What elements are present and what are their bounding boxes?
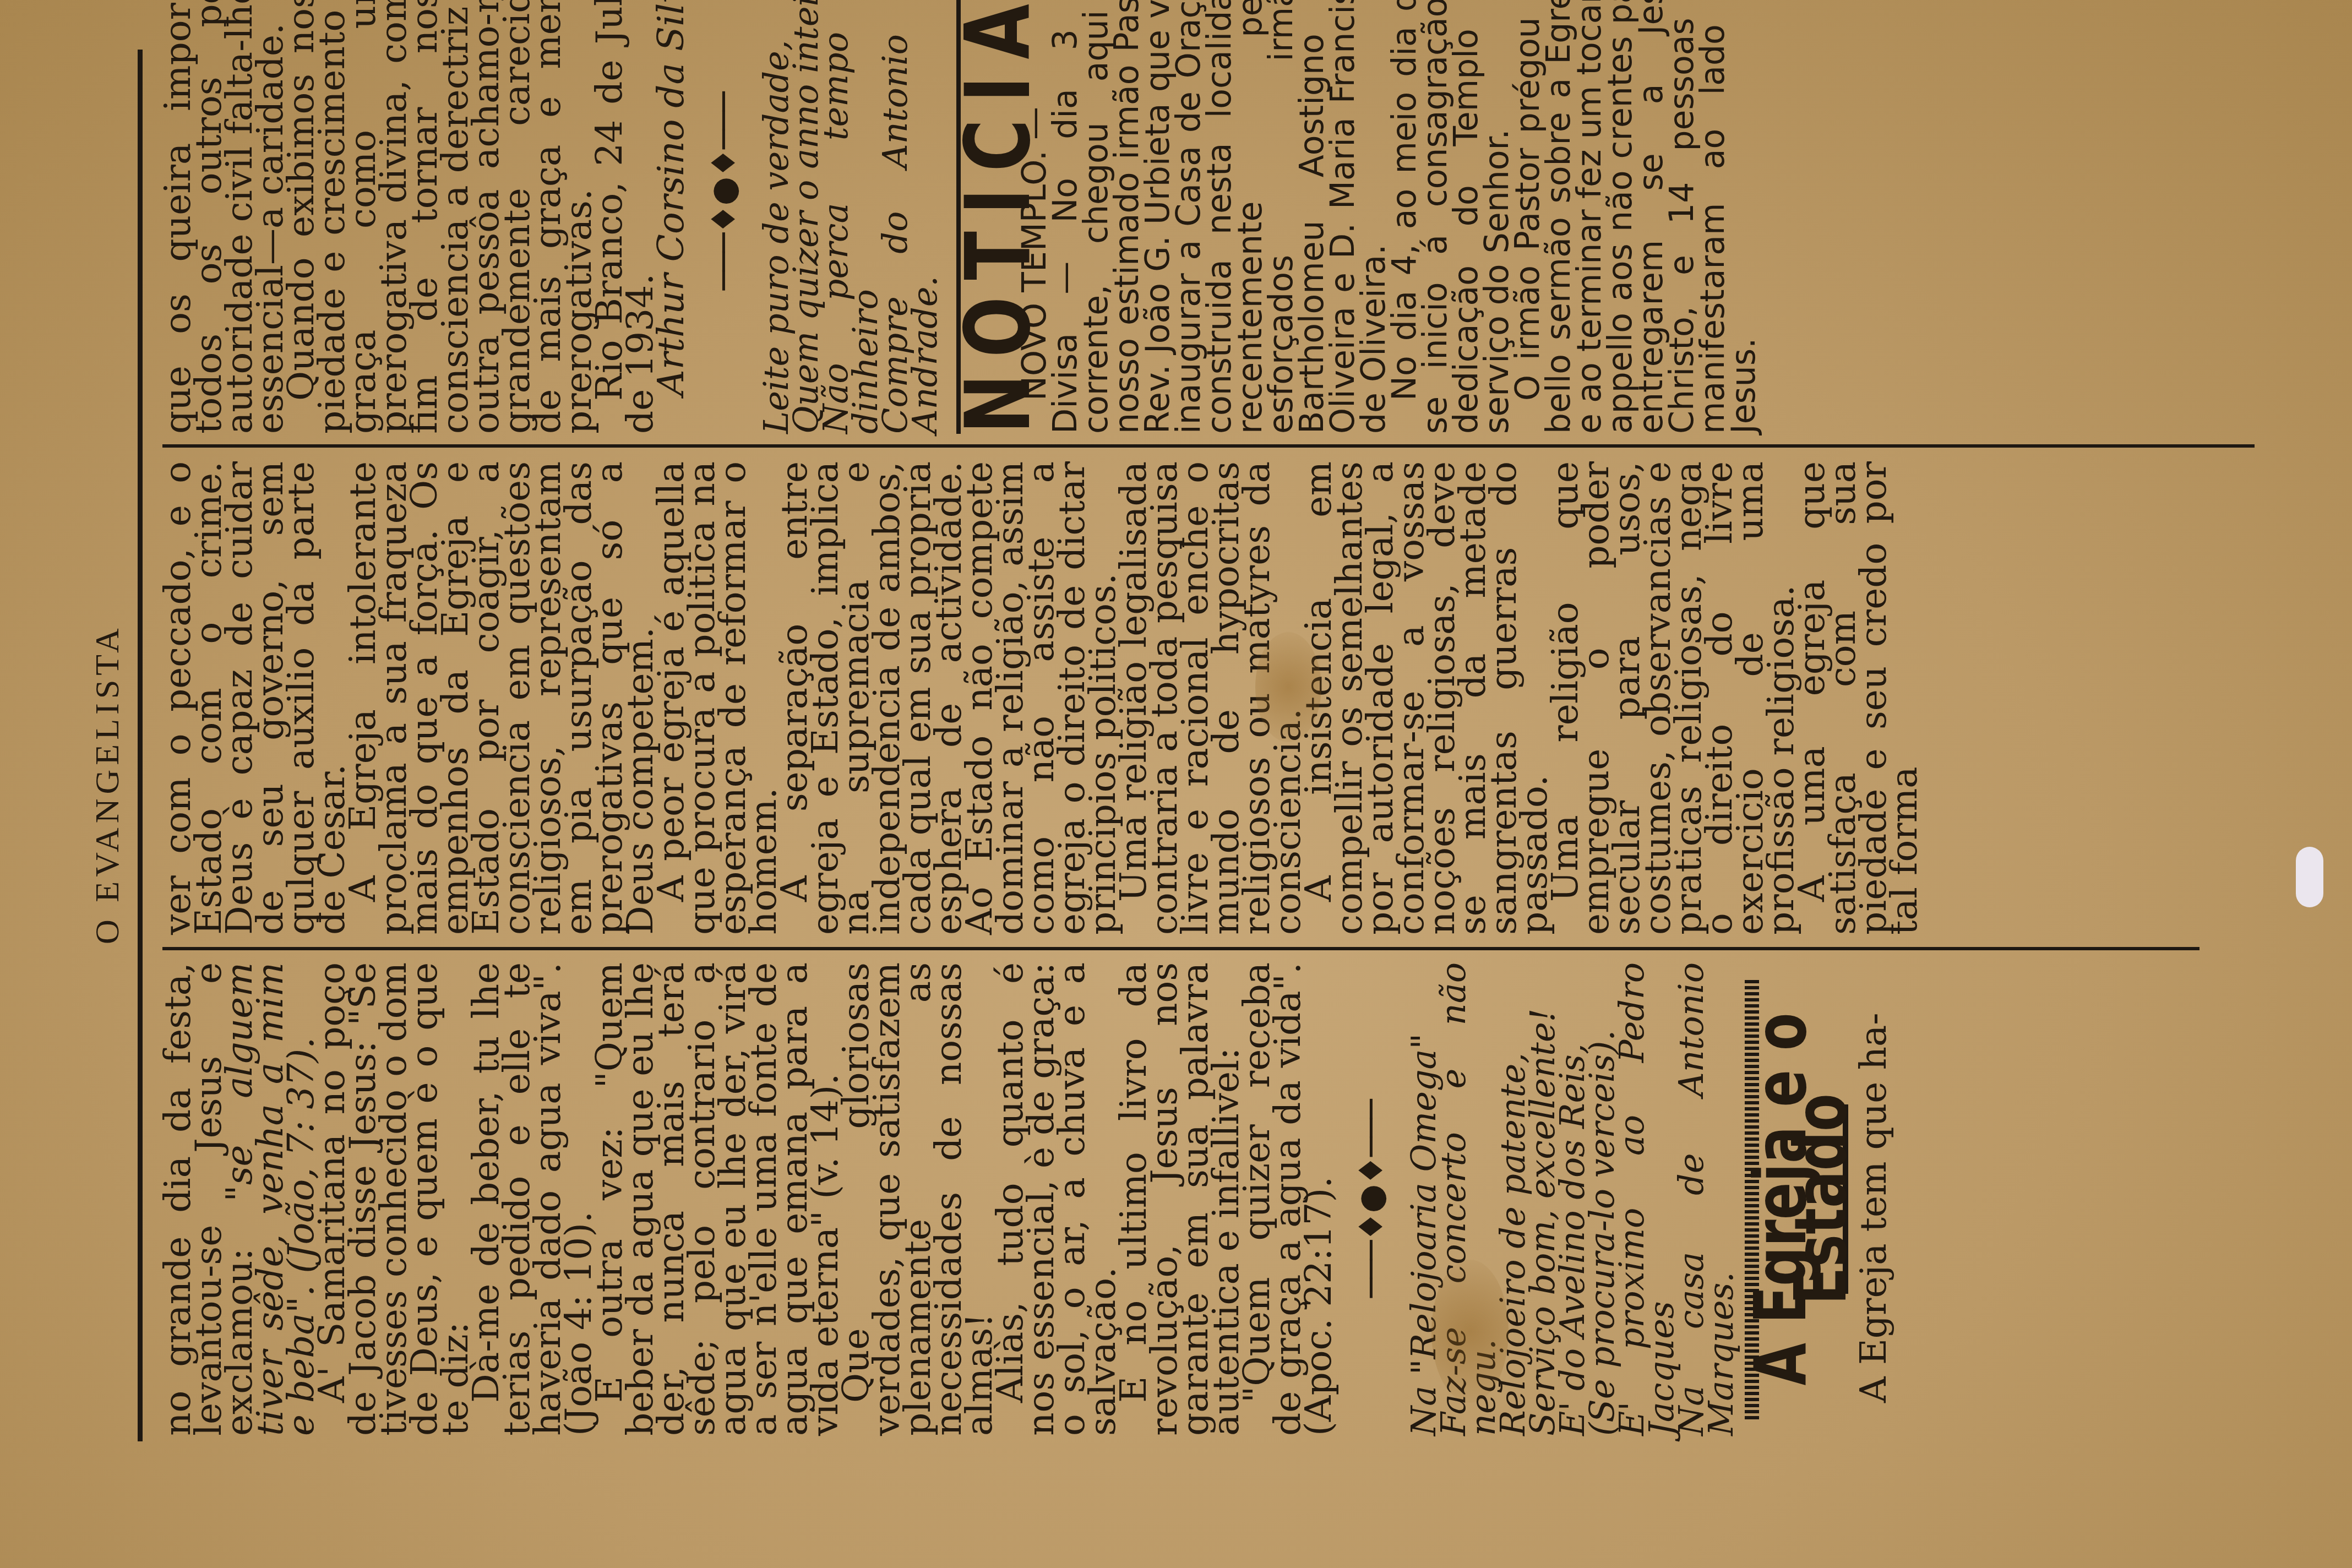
paragraph: A Egreja intolerante proclama a sua fraq… [347,461,656,935]
paragraph: "Quem quizer receba de graça a agua da v… [1242,962,1334,1436]
paragraph: E no ultimo livro da revolução, Jesus no… [1118,962,1242,1436]
column-divider [162,444,2255,448]
paragraph: E outra vez: "Quem beber da agua que eu … [594,962,841,1436]
paragraph: Aliàs, tudo quanto é nos essencial, è de… [995,962,1118,1436]
paper-stain [1255,632,1321,742]
paragraph: Uma religião que empregue o poder secula… [1550,461,1796,935]
ad-line: Compre do Antonio de Andrade. [880,0,940,434]
header-rule [138,50,143,1441]
paragraph: A uma egreja que satisfaça com sua pieda… [1796,461,1920,935]
paragraph: A Egreja tem que ha- [1858,962,1889,1436]
news-paragraph: O irmão Pastor prégou um bello sermão so… [1512,0,1759,434]
paragraph: A peor egreja é aquella que procura a po… [656,461,779,935]
paragraph: no grande dia da festa, levantou-se Jesu… [162,962,317,1436]
news-paragraph: Divisa — No dia 3 do corrente, chegou aq… [1050,0,1389,434]
paragraph: que os queira impor a todos os outros pe… [162,0,286,434]
newspaper-page: O EVANGELISTA no grande dia da festa, le… [0,0,2352,1568]
section-heading: A Egreja e o Estado [1761,962,1841,1436]
paragraph: A' Samaritana no poço de Jacob disse Jes… [317,962,471,1436]
ornament-divider: ───♦●♦─── [1356,962,1387,1436]
ad-line: Não perca tempo e dinheiro [821,0,880,434]
ad-leite: Leite puro de verdade, Quem quizer o ann… [761,0,940,434]
paper-stain [1431,1260,1509,1403]
ad-line: Na casa de Antonio Marques. [1676,962,1736,1436]
news-paragraph: No dia 4, ao meio dia deu se inicio á co… [1389,0,1512,434]
column-3: que os queira impor a todos os outros pe… [162,0,1759,434]
news-item: NOVO TEMPLO. — Divisa — No dia 3 do corr… [1019,0,1759,434]
paragraph: A insistencia em compellir os semelhante… [1303,461,1550,935]
dateline: Rio Branco, 24 de Julho de 1934. [594,0,656,434]
paragraph: Dà-me de beber, tu lhe terias pedido e e… [471,962,594,1436]
paragraph: Que gloriosas verdades, que satisfazem p… [841,962,995,1436]
section-title-noticiario: NOTICIARIO [979,0,1017,434]
signature: Arthur Corsino da Silva. [656,0,687,434]
paragraph: ver com o peccado, e o Estado com o crim… [162,461,347,935]
ad-line: E' proximo ao Pedro Jacques [1617,962,1676,1436]
punch-hole [2296,847,2323,907]
paragraph: A separação entre egreja e Estado, impli… [779,461,1118,935]
running-head: O EVANGELISTA [88,0,127,1568]
column-2: ver com o peccado, e o Estado com o crim… [162,461,1920,935]
column-1: no grande dia da festa, levantou-se Jesu… [162,962,1889,1436]
column-divider [162,947,2199,950]
paragraph: Quando exibimos nossa piedade e crescime… [286,0,594,434]
ornament-divider: ───♦●♦─── [709,0,739,434]
